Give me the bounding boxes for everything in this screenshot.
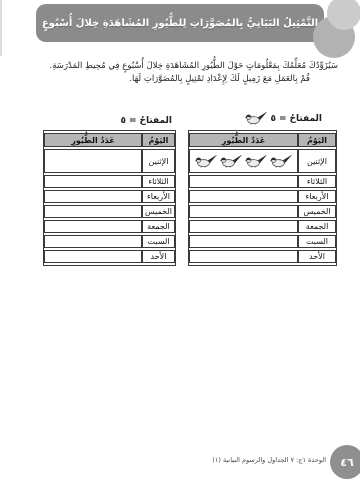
day-cell: الثلاثاء (142, 175, 175, 188)
key-value: ٥ (270, 114, 276, 124)
key-label: المفتاحُ (289, 114, 322, 124)
fill-in-cell (44, 149, 142, 173)
fill-in-cell (44, 175, 142, 188)
table-row: السبت (44, 235, 175, 248)
day-cell: الخميس (142, 205, 175, 218)
pictograph-table-filled: اليَوْمُ عَدَدُ الطُّيُورِ الإثنين (188, 130, 337, 266)
column-header-day: اليَوْمُ (298, 133, 336, 147)
column-header-count: عَدَدُ الطُّيُورِ (189, 133, 298, 147)
bird-symbols (192, 150, 295, 172)
bird-icon (270, 154, 292, 168)
day-cell: السبت (298, 235, 336, 248)
bird-icon (245, 111, 267, 125)
table-row: السبت (189, 235, 336, 248)
table-row: الخميس (44, 205, 175, 218)
pictograph-table-blank: اليَوْمُ عَدَدُ الطُّيُورِ الإثنين الثلا… (43, 130, 176, 266)
bird-count-cell (189, 250, 298, 263)
fill-in-cell (44, 250, 142, 263)
lesson-title-banner: التَّمْثِيلُ البَيَانِيُّ بِالمُصَوَّرَا… (36, 4, 324, 42)
bird-count-cell (189, 205, 298, 218)
day-cell: الخميس (298, 205, 336, 218)
fill-in-cell (44, 205, 142, 218)
bird-icon (245, 154, 267, 168)
bird-count-cell (189, 175, 298, 188)
bird-count-cell (189, 149, 298, 173)
column-header-day: اليَوْمُ (142, 133, 175, 147)
bird-icon (220, 154, 242, 168)
decorative-circle-small (327, 0, 360, 30)
page-edge-strip (0, 0, 2, 56)
table-row: الأحد (189, 250, 336, 263)
instruction-line-2: قُمْ بِالعَمَلِ مَعَ زَمِيلٍ لَكَ لِإِعْ… (33, 73, 310, 85)
bird-icon (195, 154, 217, 168)
page-number: ٤٦ (340, 456, 353, 469)
fill-in-cell (44, 190, 142, 203)
footer-caption: الوحدة ١ج: ٧ الجداول والرسوم البيانية (١… (212, 456, 326, 464)
table-row: الخميس (189, 205, 336, 218)
table-header-row: اليَوْمُ عَدَدُ الطُّيُورِ (44, 133, 175, 147)
instructions-block: سَيُزَوِّدُكَ مُعَلِّمُكَ بِمَعْلُومَاتٍ… (33, 60, 338, 85)
page-title: التَّمْثِيلُ البَيَانِيُّ بِالمُصَوَّرَا… (34, 18, 326, 29)
table-row: الثلاثاء (44, 175, 175, 188)
day-cell: الجمعة (142, 220, 175, 233)
table-row: الأحد (44, 250, 175, 263)
bird-count-cell (189, 190, 298, 203)
key-equals: = (279, 114, 287, 124)
table-row: الإثنين (44, 149, 175, 173)
table-header-row: اليَوْمُ عَدَدُ الطُّيُورِ (189, 133, 336, 147)
fill-in-cell (44, 220, 142, 233)
key-bird-symbol (245, 111, 267, 128)
table-row: الأربعاء (44, 190, 175, 203)
key-value: ٥ (120, 116, 126, 126)
day-cell: الأربعاء (142, 190, 175, 203)
key-label: المفتاحُ (139, 116, 172, 126)
workbook-page: التَّمْثِيلُ البَيَانِيُّ بِالمُصَوَّرَا… (0, 0, 360, 480)
table-row: الجمعة (44, 220, 175, 233)
page-number-badge: ٤٦ (330, 445, 360, 479)
day-cell: الجمعة (298, 220, 336, 233)
fill-in-cell (44, 235, 142, 248)
table-row: الإثنين (189, 149, 336, 173)
key-equals: = (129, 116, 137, 126)
column-header-count: عَدَدُ الطُّيُورِ (44, 133, 142, 147)
bird-count-cell (189, 235, 298, 248)
day-cell: الأحد (298, 250, 336, 263)
day-cell: الأربعاء (298, 190, 336, 203)
day-cell: الثلاثاء (298, 175, 336, 188)
pictograph-key-right: المفتاحُ = ٥ (245, 111, 322, 127)
instruction-line-1: سَيُزَوِّدُكَ مُعَلِّمُكَ بِمَعْلُومَاتٍ… (33, 60, 338, 72)
pictograph-key-left: المفتاحُ = ٥ (120, 113, 172, 129)
day-cell: الإثنين (298, 149, 336, 173)
day-cell: الأحد (142, 250, 175, 263)
table-row: الأربعاء (189, 190, 336, 203)
day-cell: السبت (142, 235, 175, 248)
day-cell: الإثنين (142, 149, 175, 173)
table-row: الثلاثاء (189, 175, 336, 188)
table-row: الجمعة (189, 220, 336, 233)
bird-count-cell (189, 220, 298, 233)
